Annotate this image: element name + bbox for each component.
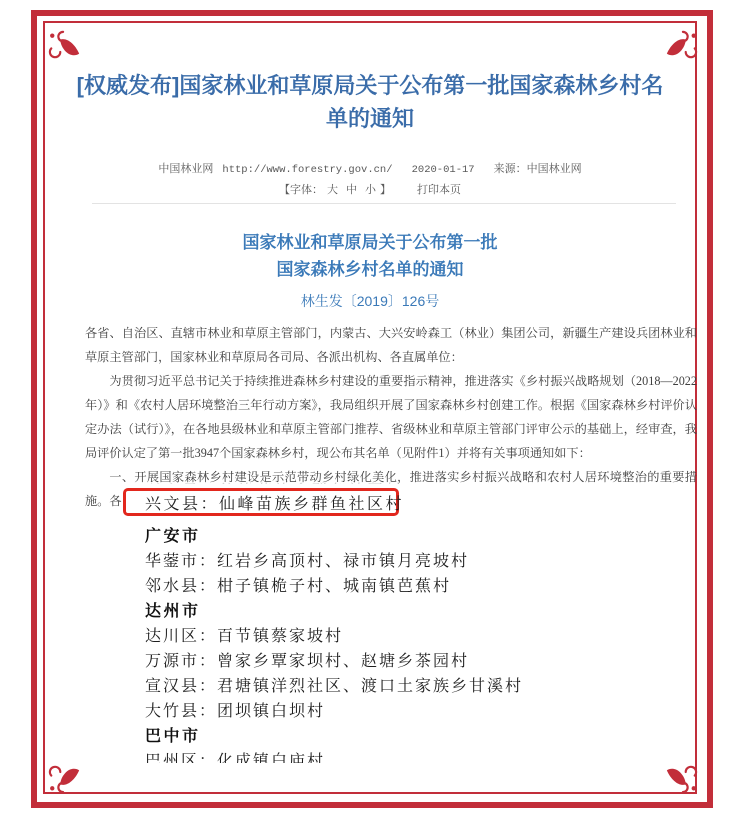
city-group-header: 达州市: [145, 599, 665, 624]
village-list-item: 宣汉县：君塘镇洋烈社区、渡口土家族乡甘溪村: [145, 674, 665, 699]
village-list-item: 大竹县：团坝镇白坝村: [145, 699, 665, 724]
site-name: 中国林业网: [158, 163, 213, 175]
publish-date: 2020-01-17: [412, 164, 475, 176]
village-list-item: 华蓥市：红岩乡高顶村、禄市镇月亮坡村: [145, 549, 665, 574]
annotated-screenshot: [权威发布]国家林业和草原局关于公布第一批国家森林乡村名单的通知 中国林业网 h…: [0, 0, 750, 827]
document-heading-line1: 国家林业和草原局关于公布第一批: [43, 229, 697, 256]
village-list-item: 巴州区：化成镇白庙村: [145, 749, 665, 763]
source-label: 来源：中国林业网: [494, 163, 582, 175]
document-heading: 国家林业和草原局关于公布第一批 国家森林乡村名单的通知: [43, 229, 697, 283]
highlighted-village-entry: 兴文县：仙峰苗族乡群鱼社区村: [145, 491, 404, 514]
article-meta-line: 中国林业网 http://www.forestry.gov.cn/ 2020-0…: [43, 160, 697, 176]
document-body: 各省、自治区、直辖市林业和草原主管部门，内蒙古、大兴安岭森工（林业）集团公司，新…: [85, 321, 697, 513]
city-group-header: 广安市: [145, 524, 665, 549]
city-group-header: 巴中市: [145, 724, 665, 749]
font-size-medium-button[interactable]: 中: [346, 184, 357, 196]
page-content: [权威发布]国家林业和草原局关于公布第一批国家森林乡村名单的通知 中国林业网 h…: [43, 21, 697, 794]
font-size-large-button[interactable]: 大: [327, 184, 338, 196]
toolbar-line: 【字体：大中小】打印本页: [43, 181, 697, 197]
body-paragraph: 为贯彻习近平总书记关于持续推进森林乡村建设的重要指示精神，推进落实《乡村振兴战略…: [85, 369, 697, 465]
font-size-small-button[interactable]: 小: [365, 184, 376, 196]
site-url-link[interactable]: http://www.forestry.gov.cn/: [222, 164, 392, 176]
horizontal-divider: [92, 203, 676, 204]
document-heading-line2: 国家森林乡村名单的通知: [43, 256, 697, 283]
village-list: 广安市华蓥市：红岩乡高顶村、禄市镇月亮坡村邻水县：柑子镇桅子村、城南镇芭蕉村达州…: [145, 521, 665, 763]
font-size-label: 【字体：: [279, 184, 323, 196]
red-highlight-annotation-box: 兴文县：仙峰苗族乡群鱼社区村: [123, 488, 399, 516]
page-title: [权威发布]国家林业和草原局关于公布第一批国家森林乡村名单的通知: [70, 69, 670, 135]
village-list-item: 万源市：曾家乡覃家坝村、赵塘乡茶园村: [145, 649, 665, 674]
village-list-item: 邻水县：柑子镇桅子村、城南镇芭蕉村: [145, 574, 665, 599]
village-list-item: 达川区：百节镇蔡家坡村: [145, 624, 665, 649]
document-number: 林生发〔2019〕126号: [43, 291, 697, 311]
font-size-label-end: 】: [380, 184, 391, 196]
body-paragraph: 各省、自治区、直辖市林业和草原主管部门，内蒙古、大兴安岭森工（林业）集团公司，新…: [85, 321, 697, 369]
screenshot-stitch-artifact: 兴文县：仙峰苗族乡群鱼社区村: [145, 478, 565, 484]
print-page-button[interactable]: 打印本页: [417, 184, 461, 196]
